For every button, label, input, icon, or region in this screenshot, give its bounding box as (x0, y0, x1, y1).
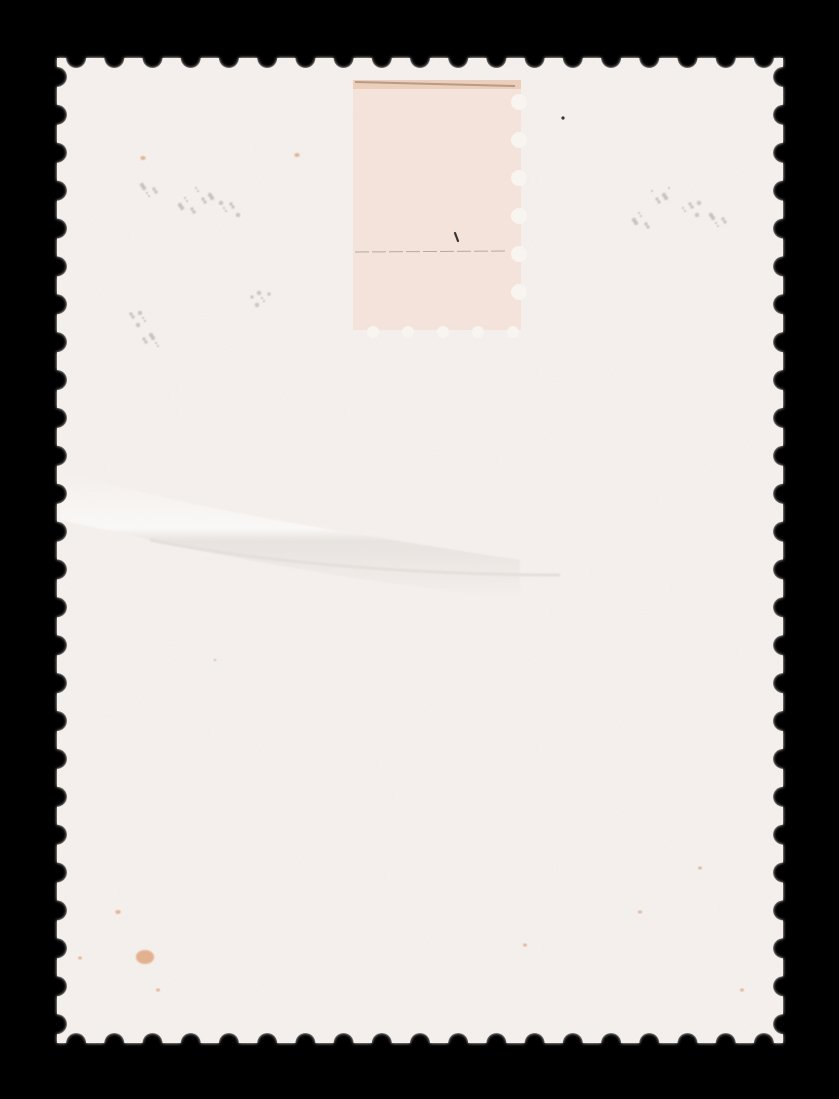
stamp-hinge (353, 80, 527, 338)
stamp-back (0, 0, 839, 1099)
photo-scene: Reverse side of a perforated postage sta… (0, 0, 839, 1099)
